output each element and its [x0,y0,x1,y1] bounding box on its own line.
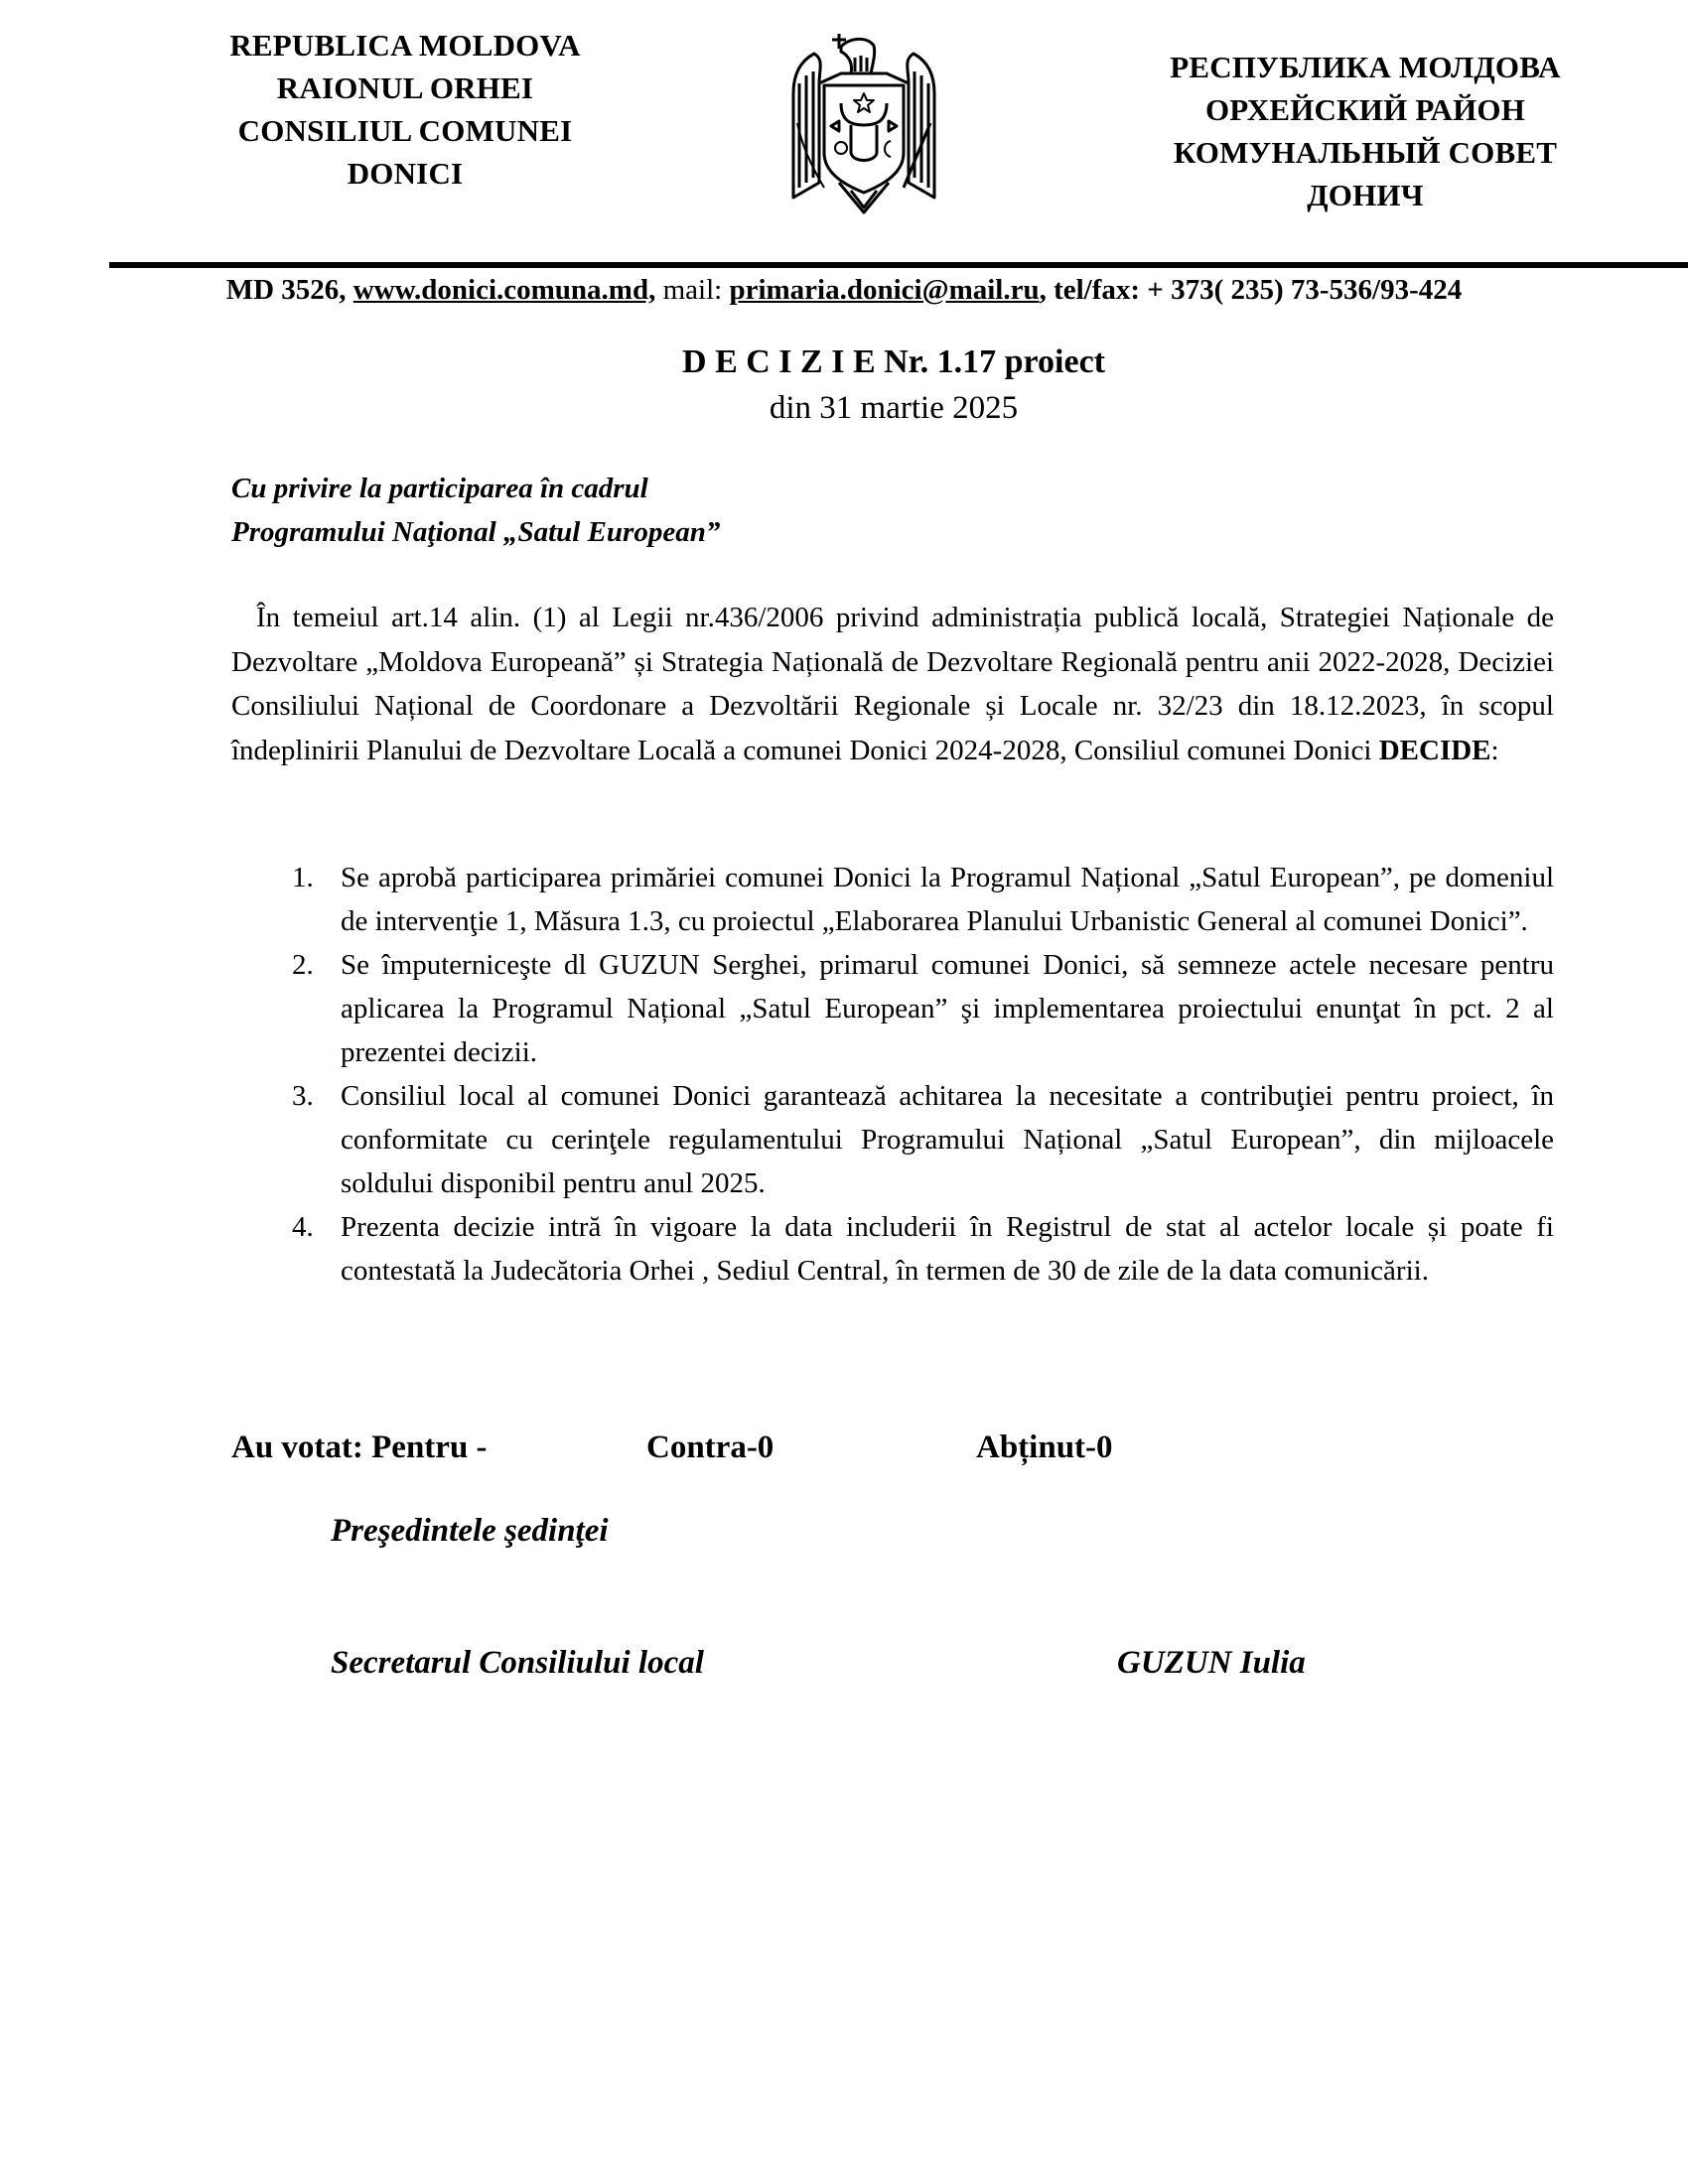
decision-number: 3. [292,1074,314,1118]
decision-list: 1.Se aprobă participarea primăriei comun… [278,856,1554,1293]
header-line: DONICI [177,152,633,195]
header-divider [109,262,1688,268]
decision-item: 3.Consiliul local al comunei Donici gara… [278,1074,1554,1205]
vote-against: Contra-0 [646,1430,774,1466]
vote-for: Au votat: Pentru - [231,1430,488,1466]
document-subject: Cu privire la participarea în cadrul Pro… [231,467,720,554]
header-line: RAIONUL ORHEI [177,67,633,109]
mail-label: mail: [663,274,723,306]
secretary-signature-label: Secretarul Consiliului local [331,1645,704,1682]
contact-line: MD 3526, www.donici.comuna.md, mail: pri… [0,274,1688,307]
preamble-paragraph: În temeiul art.14 alin. (1) al Legii nr.… [231,596,1554,772]
decision-text: Consiliul local al comunei Donici garant… [341,1080,1554,1199]
secretary-name: GUZUN Iulia [1117,1645,1306,1682]
header-line: ДОНИЧ [1107,174,1623,216]
phone-info: , tel/fax: + 373( 235) 73-536/93-424 [1040,274,1463,306]
coat-of-arms-icon [779,14,948,222]
header-line: КОМУНАЛЬНЫЙ СОВЕТ [1107,131,1623,174]
postal-code: MD 3526, [226,274,347,306]
subject-line: Programului Naţional „Satul European” [231,510,720,554]
decision-number: 2. [292,943,314,987]
decision-text: Se împuterniceşte dl GUZUN Serghei, prim… [341,949,1554,1068]
header-line: CONSILIUL COMUNEI [177,109,633,152]
decision-number: 4. [292,1205,314,1249]
president-signature-label: Preşedintele şedinţei [331,1513,609,1550]
vote-abstain: Abținut-0 [976,1430,1113,1466]
header-left-romanian: REPUBLICA MOLDOVA RAIONUL ORHEI CONSILIU… [177,24,633,195]
document-title: D E C I Z I E Nr. 1.17 proiect [0,343,1688,381]
decision-number: 1. [292,856,314,899]
email-link[interactable]: primaria.donici@mail.ru [729,274,1039,306]
preamble-text: În temeiul art.14 alin. (1) al Legii nr.… [231,602,1554,766]
header-line: REPUBLICA MOLDOVA [177,24,633,67]
header-line: РЕСПУБЛИКА МОЛДОВА [1107,46,1623,88]
preamble-colon: : [1491,735,1499,766]
decision-text: Se aprobă participarea primăriei comunei… [341,862,1554,937]
decision-item: 2.Se împuterniceşte dl GUZUN Serghei, pr… [278,943,1554,1074]
header-line: ОРХЕЙСКИЙ РАЙОН [1107,88,1623,131]
website-link[interactable]: www.donici.comuna.md, [353,274,656,306]
decision-item: 4.Prezenta decizie intră în vigoare la d… [278,1205,1554,1293]
subject-line: Cu privire la participarea în cadrul [231,467,720,510]
header-right-russian: РЕСПУБЛИКА МОЛДОВА ОРХЕЙСКИЙ РАЙОН КОМУН… [1107,46,1623,216]
decision-item: 1.Se aprobă participarea primăriei comun… [278,856,1554,943]
document-date: din 31 martie 2025 [0,390,1688,427]
decision-text: Prezenta decizie intră în vigoare la dat… [341,1211,1554,1287]
decide-keyword: DECIDE [1379,735,1491,766]
